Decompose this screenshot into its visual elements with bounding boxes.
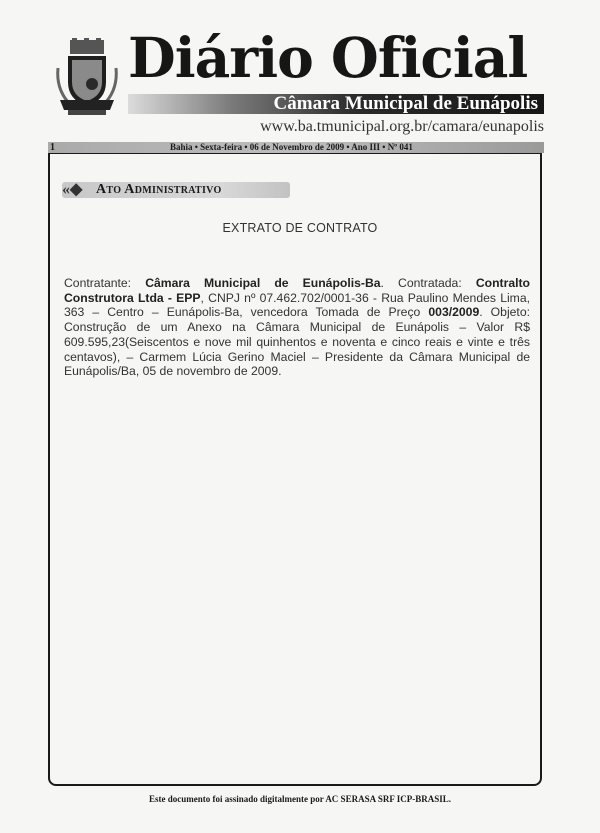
paragraph-segment: . Contratada: bbox=[381, 276, 476, 290]
paragraph-segment: 003/2009 bbox=[428, 305, 479, 319]
subtitle-bar: Câmara Municipal de Eunápolis bbox=[128, 94, 544, 114]
double-chevron-left-icon: «◆ bbox=[62, 179, 82, 199]
digital-signature-note: Este documento foi assinado digitalmente… bbox=[0, 794, 600, 804]
document-heading: EXTRATO DE CONTRATO bbox=[0, 221, 600, 235]
section-label: Ato Administrativo bbox=[96, 183, 222, 197]
info-bar: 1 Bahia • Sexta-feira • 06 de Novembro d… bbox=[48, 142, 544, 153]
paragraph-segment: Contratante: bbox=[64, 276, 145, 290]
page-number: 1 bbox=[50, 142, 55, 153]
section-tag: «◆ Ato Administrativo bbox=[62, 182, 290, 198]
contract-paragraph: Contratante: Câmara Municipal de Eunápol… bbox=[64, 276, 530, 379]
coat-of-arms-icon bbox=[54, 38, 120, 116]
masthead-title: Diário Oficial bbox=[128, 30, 527, 85]
paragraph-segment: Câmara Municipal de Eunápolis-Ba bbox=[145, 276, 380, 290]
content-frame bbox=[48, 153, 542, 786]
subtitle: Câmara Municipal de Eunápolis bbox=[274, 94, 538, 114]
website-url: www.ba.tmunicipal.org.br/camara/eunapoli… bbox=[260, 118, 544, 136]
edition-info: Bahia • Sexta-feira • 06 de Novembro de … bbox=[170, 142, 413, 153]
